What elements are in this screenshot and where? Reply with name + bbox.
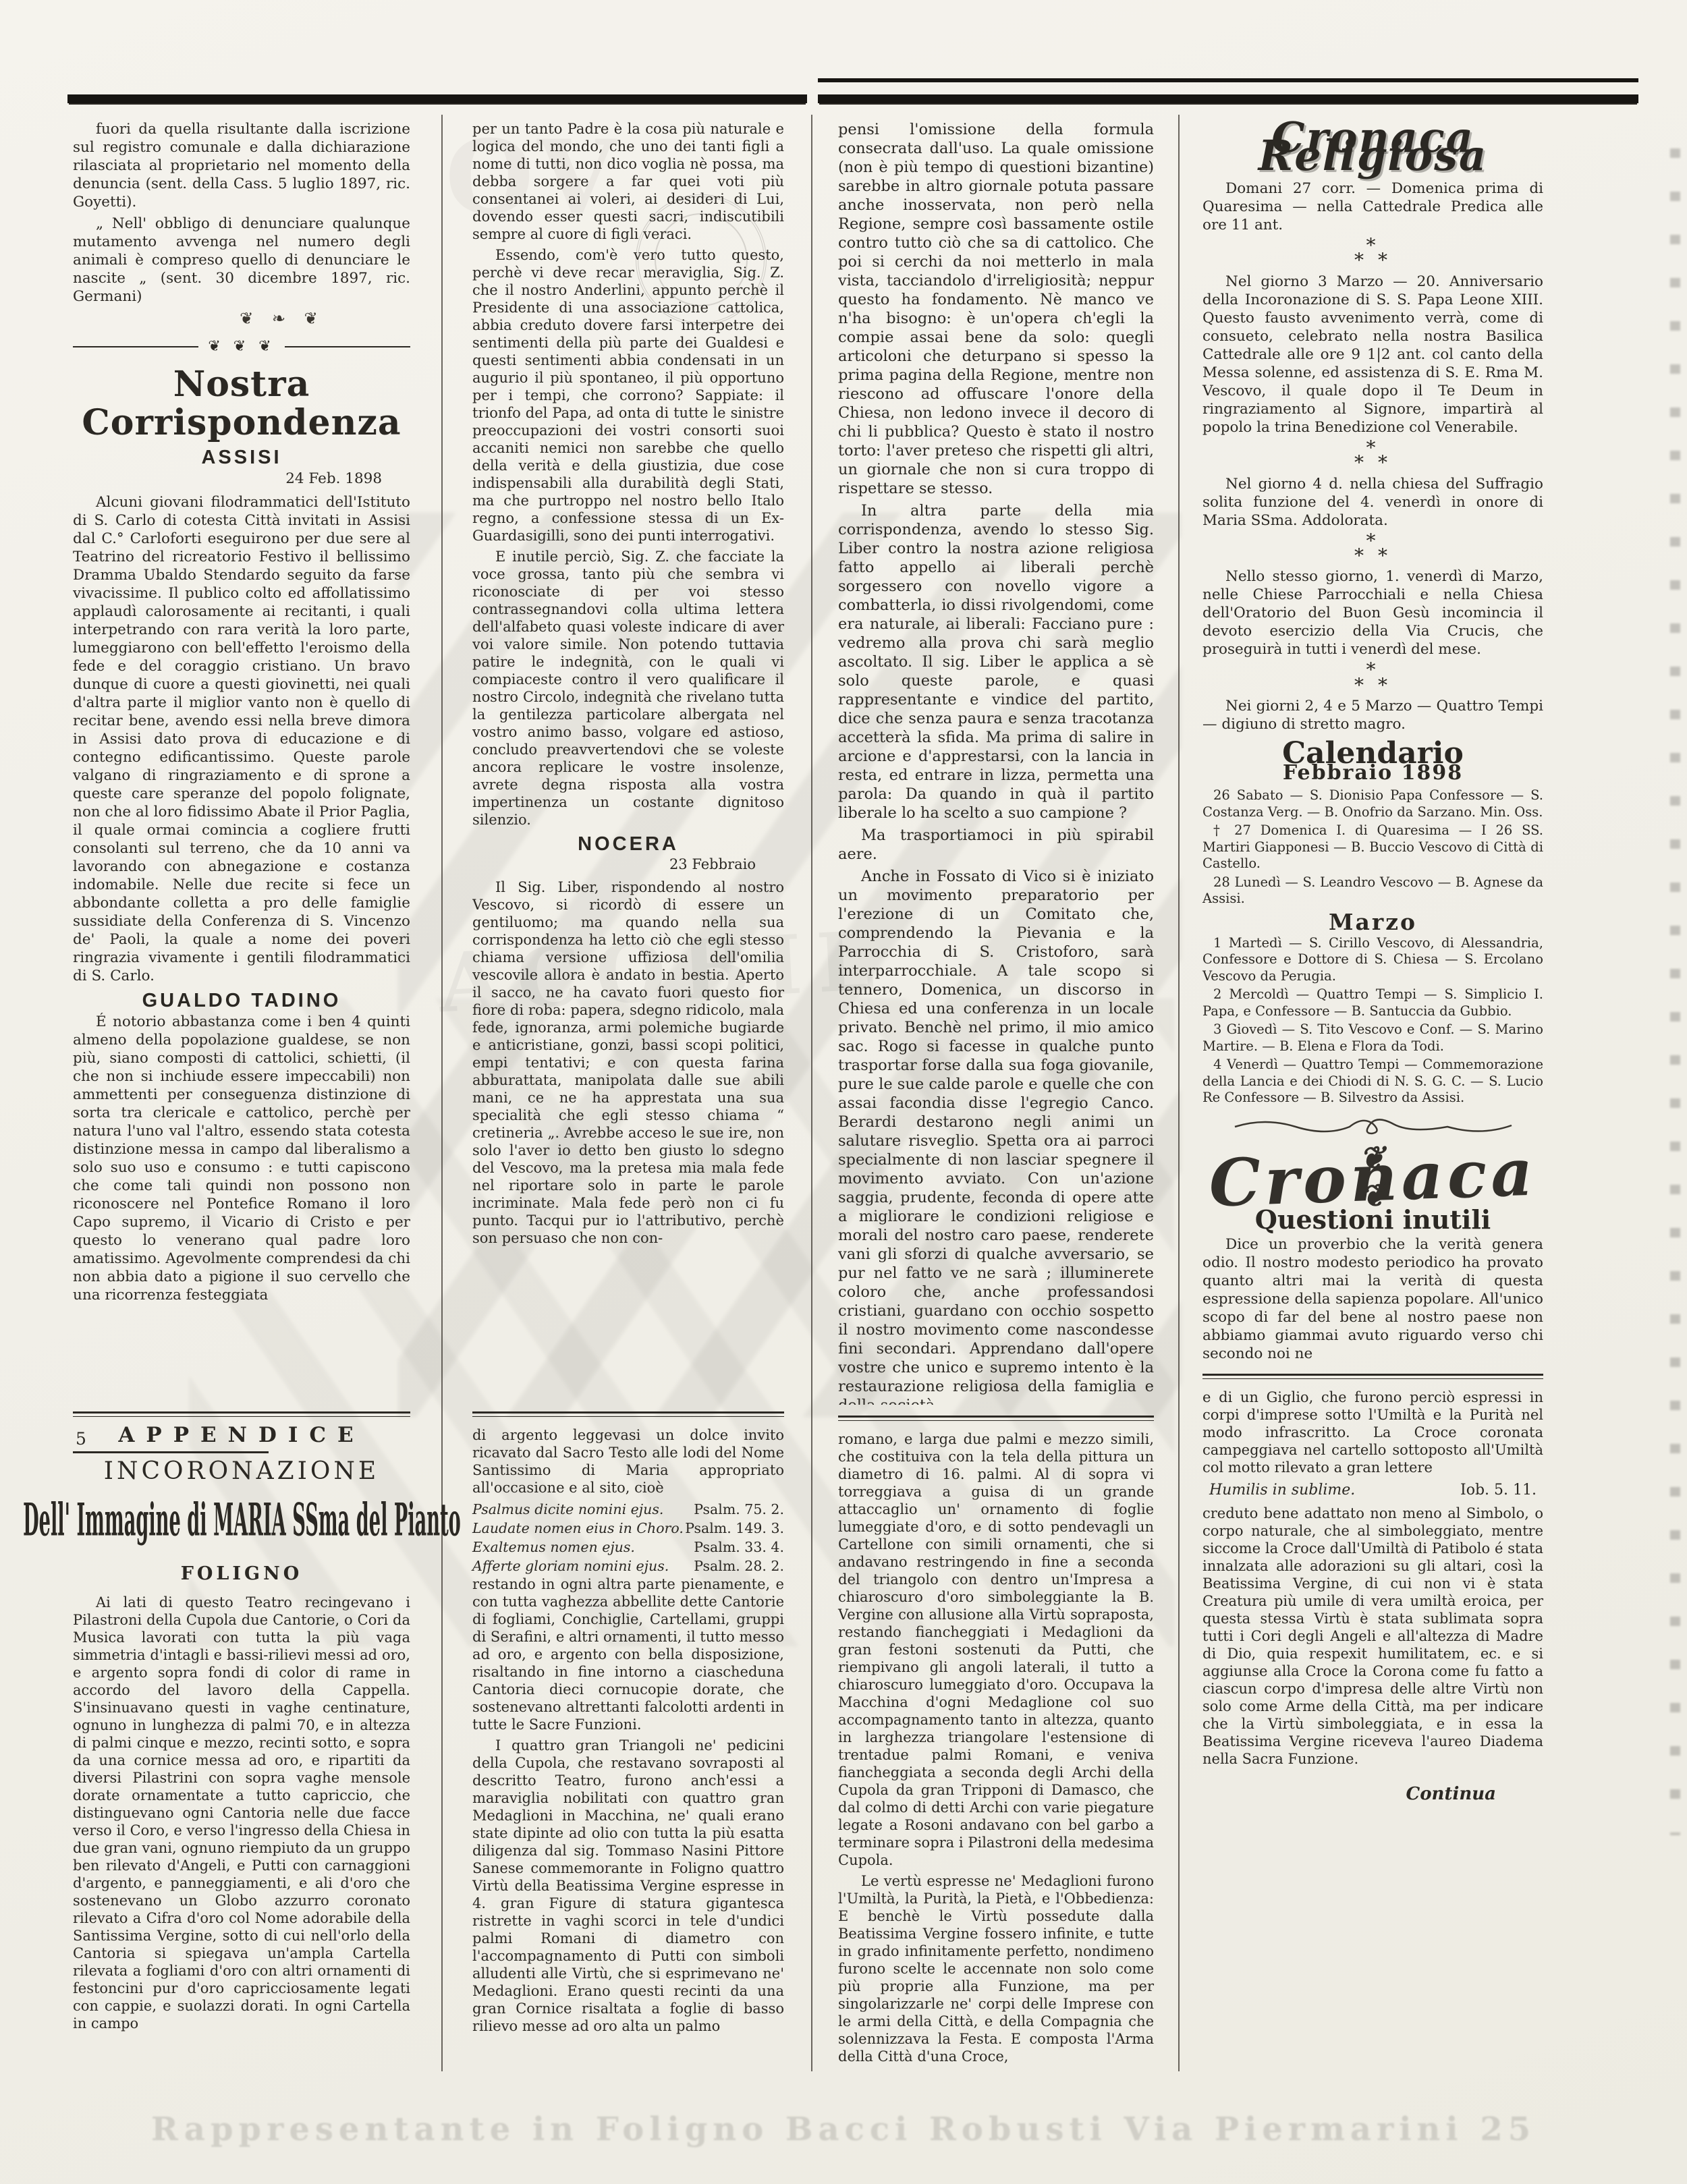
dateline-city-nocera: NOCERA bbox=[472, 835, 784, 853]
appendix-column-3: romano, e larga due palmi e mezzo simili… bbox=[838, 1430, 1154, 2065]
ornamental-divider: ❦ ❦ ❦ bbox=[73, 337, 410, 356]
feuilleton-heading-foligno: FOLIGNO bbox=[73, 1565, 410, 1583]
column-1-top-section: fuori da quella risultante dalla iscrizi… bbox=[73, 120, 410, 1401]
psalm-text: Afferte gloriam nomini ejus. bbox=[472, 1557, 669, 1575]
appendix-column-4: e di un Giglio, che furono perciò espres… bbox=[1202, 1389, 1543, 1803]
advert-bleedthrough-footer: Rappresentante in Foligno Bacci Robusti … bbox=[0, 2110, 1687, 2148]
calendar-month-febbraio: Febbraio 1898 bbox=[1202, 764, 1543, 782]
column-1: fuori da quella risultante dalla iscrizi… bbox=[73, 120, 410, 2036]
appendix-column-1: 5 APPENDICE INCORONAZIONE Dell' Immagine… bbox=[73, 1426, 410, 2032]
psalm-reference: Psalm. 28. 2. bbox=[694, 1557, 784, 1575]
column-rule-2 bbox=[811, 115, 812, 2071]
section-title-nostra-corrispondenza: Nostra Corrispondenza bbox=[73, 365, 410, 442]
news-item: Domani 27 corr. — Domenica prima di Quar… bbox=[1202, 179, 1543, 234]
feuilleton-paragraph: creduto bene adattato non meno al Simbol… bbox=[1202, 1505, 1543, 1768]
psalm-text: Exaltemus nomen ejus. bbox=[472, 1538, 635, 1557]
column-2-top-section: per un tanto Padre è la cosa più natural… bbox=[472, 120, 784, 1401]
appendix-header: 5 APPENDICE bbox=[73, 1426, 410, 1446]
divider-line bbox=[73, 346, 198, 347]
asterism-bottom: * * bbox=[1202, 549, 1543, 563]
article-paragraph: Il Sig. Liber, rispondendo al nostro Ves… bbox=[472, 878, 784, 1247]
article-paragraph-continuation: pensi l'omissione della formula consecra… bbox=[838, 120, 1154, 498]
flourish-squiggle bbox=[1232, 1113, 1515, 1138]
asterism-bottom: * * bbox=[1202, 253, 1543, 268]
psalm-citation-row: Laudate nomen eius in Choro. Psalm. 149.… bbox=[472, 1519, 784, 1538]
top-rule-right bbox=[818, 94, 1638, 103]
feuilleton-paragraph: restando in ogni altra parte pienamente,… bbox=[472, 1575, 784, 1733]
psalm-reference: Psalm. 149. 3. bbox=[685, 1519, 784, 1538]
psalm-citation-row: Afferte gloriam nomini ejus. Psalm. 28. … bbox=[472, 1557, 784, 1575]
column-3: pensi l'omissione della formula consecra… bbox=[838, 120, 1154, 2069]
calendar-entry: 4 Venerdì — Quattro Tempi — Commemorazio… bbox=[1202, 1057, 1543, 1107]
section-title-cronaca-religiosa: Cronaca Religiosa bbox=[1202, 128, 1543, 165]
psalm-text: Laudate nomen eius in Choro. bbox=[472, 1519, 684, 1538]
dateline-date: 24 Feb. 1898 bbox=[73, 470, 410, 488]
feuilleton-heading-incoronazione: INCORONAZIONE bbox=[73, 1463, 410, 1480]
feuilleton-paragraph: Ai lati di questo Teatro recingevano i P… bbox=[73, 1594, 410, 2032]
article-paragraph: Alcuni giovani filodrammatici dell'Istit… bbox=[73, 493, 410, 985]
dateline-city-assisi: ASSISI bbox=[73, 449, 410, 467]
psalm-reference: Psalm. 75. 2. bbox=[694, 1500, 784, 1519]
feuilleton-paragraph: romano, e larga due palmi e mezzo simili… bbox=[838, 1430, 1154, 1869]
news-item: Nel giorno 3 Marzo — 20. Anniversario de… bbox=[1202, 273, 1543, 437]
asterism-ornament: * * * bbox=[1202, 663, 1543, 693]
asterism-ornament: * * * bbox=[1202, 238, 1543, 269]
dateline-city-gualdo-tadino: GUALDO TADINO bbox=[73, 992, 410, 1010]
feuilleton-paragraph: di argento leggevasi un dolce invito ric… bbox=[472, 1426, 784, 1496]
feuilleton-paragraph: I quattro gran Triangoli ne' pedicini de… bbox=[472, 1737, 784, 2035]
appendix-page-number: 5 bbox=[76, 1430, 86, 1448]
legal-paragraph: fuori da quella risultante dalla iscrizi… bbox=[73, 120, 410, 211]
calendar-entry: 3 Giovedì — S. Tito Vescovo e Conf. — S.… bbox=[1202, 1021, 1543, 1055]
section-divider-rule bbox=[838, 1416, 1154, 1421]
article-paragraph: É notorio abbastanza come i ben 4 quinti… bbox=[73, 1013, 410, 1304]
asterism-ornament: * * * bbox=[1202, 441, 1543, 471]
latin-motto: Humilis in sublime. bbox=[1209, 1482, 1355, 1499]
news-item: Nel giorno 4 d. nella chiesa del Suffrag… bbox=[1202, 475, 1543, 530]
appendix-underline bbox=[73, 1451, 269, 1453]
column-rule-1 bbox=[441, 115, 443, 2071]
article-paragraph: Essendo, com'è vero tutto questo, perchè… bbox=[472, 246, 784, 544]
article-paragraph: E inutile perciò, Sig. Z. che facciate l… bbox=[472, 548, 784, 829]
leaf-ornament: ❦ ❧ ❦ bbox=[73, 310, 410, 328]
section-divider-rule bbox=[73, 1411, 410, 1417]
psalm-reference: Psalm. 33. 4. bbox=[694, 1538, 784, 1557]
motto-reference: Iob. 5. 11. bbox=[1460, 1482, 1537, 1499]
psalm-citation-row: Exaltemus nomen ejus. Psalm. 33. 4. bbox=[472, 1538, 784, 1557]
news-item: Nello stesso giorno, 1. venerdì di Marzo… bbox=[1202, 567, 1543, 659]
top-rule-left bbox=[67, 94, 807, 103]
psalm-text: Psalmus dicite nomini ejus. bbox=[472, 1500, 663, 1519]
legal-paragraph: „ Nell' obbligo di denunciare qualunque … bbox=[73, 215, 410, 306]
top-rule-right-thin bbox=[818, 78, 1638, 82]
column-3-top-section: pensi l'omissione della formula consecra… bbox=[838, 120, 1154, 1405]
feuilleton-paragraph: Le vertù espresse ne' Medaglioni furono … bbox=[838, 1872, 1154, 2065]
article-paragraph-continuation: per un tanto Padre è la cosa più natural… bbox=[472, 120, 784, 243]
appendix-title: APPENDICE bbox=[118, 1423, 364, 1447]
calendar-entry: 26 Sabato — S. Dionisio Papa Confessore … bbox=[1202, 787, 1543, 820]
asterism-bottom: * * bbox=[1202, 455, 1543, 470]
divider-line bbox=[285, 346, 410, 347]
latin-motto-row: Humilis in sublime. Iob. 5. 11. bbox=[1209, 1482, 1537, 1499]
column-2: per un tanto Padre è la cosa più natural… bbox=[472, 120, 784, 2038]
continua-marker: Continua bbox=[1202, 1785, 1543, 1803]
calendar-entry: 1 Martedì — S. Cirillo Vescovo, di Aless… bbox=[1202, 935, 1543, 985]
calendar-month-marzo: Marzo bbox=[1202, 913, 1543, 931]
feuilleton-paragraph: e di un Giglio, che furono perciò espres… bbox=[1202, 1389, 1543, 1476]
ornamental-script-cronaca: ❦ Cronaca ❦ bbox=[1202, 1143, 1545, 1212]
section-divider-rule bbox=[1202, 1374, 1543, 1379]
newspaper-page: OV ACOBIL Rappresentante in Foligno Bacc… bbox=[0, 0, 1687, 2184]
section-divider-rule bbox=[472, 1411, 784, 1417]
asterism-ornament: * * * bbox=[1202, 534, 1543, 564]
news-item: Nei giorni 2, 4 e 5 Marzo — Quattro Temp… bbox=[1202, 697, 1543, 733]
psalm-citation-row: Psalmus dicite nomini ejus. Psalm. 75. 2… bbox=[472, 1500, 784, 1519]
column-rule-3 bbox=[1178, 115, 1180, 2071]
dateline-date: 23 Febbraio bbox=[472, 856, 784, 873]
asterism-bottom: * * bbox=[1202, 678, 1543, 693]
article-paragraph: Anche in Fossato di Vico si è iniziato u… bbox=[838, 867, 1154, 1405]
calendar-entry: 28 Lunedì — S. Leandro Vescovo — B. Agne… bbox=[1202, 874, 1543, 907]
appendix-column-2: di argento leggevasi un dolce invito ric… bbox=[472, 1426, 784, 2035]
calendar-entry: 2 Mercoldì — Quattro Tempi — S. Simplici… bbox=[1202, 986, 1543, 1019]
column-4: Cronaca Religiosa Domani 27 corr. — Dome… bbox=[1202, 116, 1543, 1803]
feuilleton-heading-immagine-text: Dell' Immagine di MARIA SSma del Pianto bbox=[23, 1503, 461, 1538]
calendar-title: Calendario bbox=[1202, 744, 1543, 762]
script-leaf-ornament: ❦ bbox=[1360, 1177, 1387, 1214]
article-paragraph: In altra parte della mia corrispondenza,… bbox=[838, 501, 1154, 822]
article-paragraph: Dice un proverbio che la verità genera o… bbox=[1202, 1235, 1543, 1363]
feuilleton-heading-immagine: Dell' Immagine di MARIA SSma del Pianto bbox=[73, 1486, 410, 1556]
page-edge-fragments bbox=[1670, 148, 1680, 1835]
calendar-entry: † 27 Domenica I. di Quaresima — I 26 SS.… bbox=[1202, 822, 1543, 872]
knot-ornament: ❦ ❦ ❦ bbox=[198, 337, 284, 356]
article-paragraph: Ma trasportiamoci in più spirabil aere. bbox=[838, 826, 1154, 864]
